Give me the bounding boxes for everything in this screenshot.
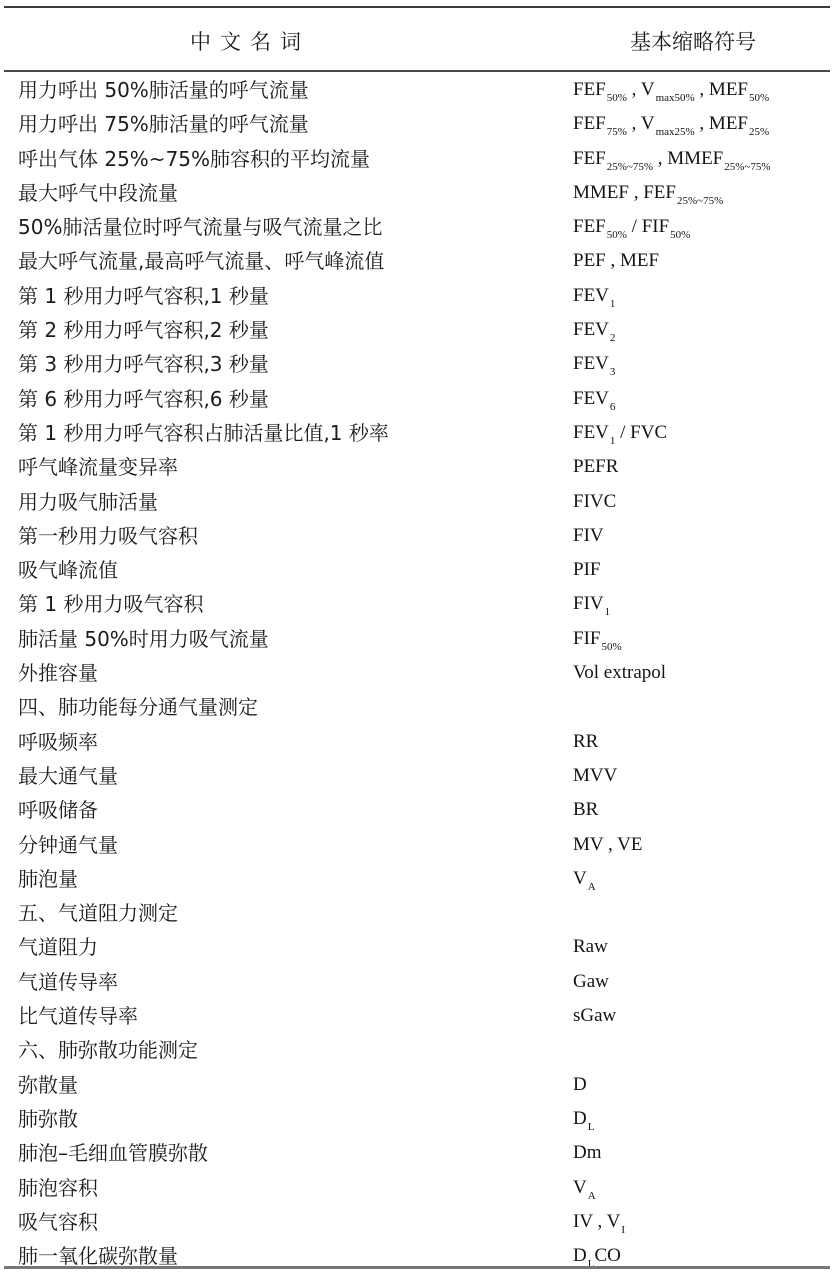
abbreviation-text: , MEF xyxy=(695,79,748,100)
table-row: 第 1 秒用力呼气容积,1 秒量FEV1 xyxy=(0,279,834,313)
abbreviation-text: D xyxy=(573,1108,587,1129)
abbreviation: IV , VI xyxy=(573,1209,625,1237)
abbreviation-text: V xyxy=(573,868,587,889)
chinese-term: 吸气容积 xyxy=(18,1209,98,1235)
abbreviation-subscript: L xyxy=(588,1121,595,1133)
chinese-term: 用力呼出 50%肺活量的呼气流量 xyxy=(18,77,309,103)
abbreviation: FEV3 xyxy=(573,351,615,379)
abbreviation: Gaw xyxy=(573,969,609,995)
abbreviation-text: PEFR xyxy=(573,456,618,477)
chinese-term: 肺泡量 xyxy=(18,866,78,892)
abbreviation-text: FEV xyxy=(573,319,609,340)
chinese-term: 第 1 秒用力吸气容积 xyxy=(18,591,203,617)
chinese-term: 第 1 秒用力呼气容积,1 秒量 xyxy=(18,283,269,309)
table-row: 分钟通气量MV , VE xyxy=(0,828,834,862)
chinese-term: 用力呼出 75%肺活量的呼气流量 xyxy=(18,111,309,137)
abbreviation-subscript: 1 xyxy=(610,298,616,310)
table-row: 肺弥散DL xyxy=(0,1102,834,1136)
abbreviation-text: V xyxy=(573,1177,587,1198)
chinese-term: 呼气峰流量变异率 xyxy=(18,454,178,480)
chinese-term: 最大呼气中段流量 xyxy=(18,180,178,206)
table-row: 肺泡量VA xyxy=(0,862,834,896)
table-header: 中文名词 基本缩略符号 xyxy=(0,8,834,70)
abbreviation-subscript: 75% xyxy=(607,126,627,138)
abbreviation: MMEF , FEF25%~75% xyxy=(573,180,723,208)
section-heading: 四、肺功能每分通气量测定 xyxy=(18,694,258,720)
abbreviation: BR xyxy=(573,797,598,823)
abbreviation-subscript: 50% xyxy=(607,229,627,241)
abbreviation: DL xyxy=(573,1106,594,1134)
table-row: 气道传导率Gaw xyxy=(0,965,834,999)
abbreviation: PEFR xyxy=(573,454,618,480)
table-row: 第 1 秒用力吸气容积FIV1 xyxy=(0,587,834,621)
table-row: 50%肺活量位时呼气流量与吸气流量之比FEF50% / FIF50% xyxy=(0,210,834,244)
section-heading-row: 六、肺弥散功能测定 xyxy=(0,1033,834,1067)
abbreviation: FIV xyxy=(573,523,604,549)
table-row: 肺泡容积VA xyxy=(0,1171,834,1205)
abbreviation-subscript: 2 xyxy=(610,332,616,344)
abbreviation-text: FEV xyxy=(573,422,609,443)
abbreviation-text: FIV xyxy=(573,593,604,614)
abbreviation-text: MV , VE xyxy=(573,834,643,855)
chinese-term: 第 3 秒用力呼气容积,3 秒量 xyxy=(18,351,269,377)
abbreviation-subscript: 50% xyxy=(749,92,769,104)
table-row: 吸气容积IV , VI xyxy=(0,1205,834,1239)
table-row: 用力吸气肺活量FIVC xyxy=(0,485,834,519)
abbreviation: FEV1 xyxy=(573,283,615,311)
abbreviation-text: FEV xyxy=(573,353,609,374)
abbreviation: FIF50% xyxy=(573,626,622,654)
table-row: 肺活量 50%时用力吸气流量FIF50% xyxy=(0,622,834,656)
abbreviation: PEF , MEF xyxy=(573,248,659,274)
chinese-term: 气道传导率 xyxy=(18,969,118,995)
abbreviation-text: Vol extrapol xyxy=(573,662,666,683)
abbreviation-text: , V xyxy=(627,79,655,100)
header-abbreviation: 基本缩略符号 xyxy=(630,26,756,56)
table-row: 弥散量D xyxy=(0,1068,834,1102)
abbreviation: FEV2 xyxy=(573,317,615,345)
abbreviation-text: PIF xyxy=(573,559,600,580)
table-row: 第 2 秒用力呼气容积,2 秒量FEV2 xyxy=(0,313,834,347)
abbreviation: MVV xyxy=(573,763,617,789)
table-row: 呼吸储备BR xyxy=(0,793,834,827)
abbreviation-text: FEF xyxy=(573,148,606,169)
abbreviation: Dm xyxy=(573,1140,602,1166)
abbreviation-subscript: A xyxy=(588,881,596,893)
abbreviation: PIF xyxy=(573,557,600,583)
chinese-term: 第 2 秒用力呼气容积,2 秒量 xyxy=(18,317,269,343)
abbreviation: VA xyxy=(573,866,596,894)
abbreviation: sGaw xyxy=(573,1003,616,1029)
abbreviation: RR xyxy=(573,729,598,755)
abbreviation-text: , V xyxy=(627,113,655,134)
table-row: 最大通气量MVV xyxy=(0,759,834,793)
chinese-term: 弥散量 xyxy=(18,1072,78,1098)
chinese-term: 吸气峰流值 xyxy=(18,557,118,583)
abbreviation-text: Raw xyxy=(573,936,608,957)
table-row: 第一秒用力吸气容积FIV xyxy=(0,519,834,553)
chinese-term: 第 1 秒用力呼气容积占肺活量比值,1 秒率 xyxy=(18,420,389,446)
chinese-term: 50%肺活量位时呼气流量与吸气流量之比 xyxy=(18,214,382,240)
chinese-term: 最大呼气流量,最高呼气流量、呼气峰流值 xyxy=(18,248,384,274)
abbreviation-subscript: 6 xyxy=(610,401,616,413)
chinese-term: 分钟通气量 xyxy=(18,832,118,858)
table-row: 第 1 秒用力呼气容积占肺活量比值,1 秒率FEV1 / FVC xyxy=(0,416,834,450)
section-heading: 五、气道阻力测定 xyxy=(18,900,178,926)
abbreviation-subscript: 50% xyxy=(601,641,621,653)
abbreviation-subscript: 1 xyxy=(605,606,611,618)
abbreviation-text: FEF xyxy=(573,216,606,237)
abbreviation-text: Gaw xyxy=(573,971,609,992)
abbreviation-text: , MMEF xyxy=(653,148,723,169)
abbreviation: FEF75% , Vmax25% , MEF25% xyxy=(573,111,769,139)
abbreviation-text: BR xyxy=(573,799,598,820)
section-heading: 六、肺弥散功能测定 xyxy=(18,1037,198,1063)
abbreviation-subscript: max25% xyxy=(656,126,695,138)
abbreviation: FEF50% , Vmax50% , MEF50% xyxy=(573,77,769,105)
abbreviation: FEF50% / FIF50% xyxy=(573,214,690,242)
table-row: 呼出气体 25%~75%肺容积的平均流量FEF25%~75% , MMEF25%… xyxy=(0,142,834,176)
abbreviation-subscript: 50% xyxy=(670,229,690,241)
abbreviation: Raw xyxy=(573,934,608,960)
abbreviation-text: FIF xyxy=(573,628,600,649)
abbreviation-text: Dm xyxy=(573,1142,602,1163)
abbreviation-text: MVV xyxy=(573,765,617,786)
abbreviation-subscript: 50% xyxy=(607,92,627,104)
header-chinese-term: 中文名词 xyxy=(0,26,490,56)
chinese-term: 肺活量 50%时用力吸气流量 xyxy=(18,626,269,652)
abbreviation-subscript: A xyxy=(588,1190,596,1202)
abbreviation: D xyxy=(573,1072,587,1098)
abbreviation-text: MMEF , FEF xyxy=(573,182,676,203)
abbreviation: FIVC xyxy=(573,489,616,515)
abbreviation-subscript: 25%~75% xyxy=(724,161,770,173)
chinese-term: 呼出气体 25%~75%肺容积的平均流量 xyxy=(18,146,370,172)
abbreviation-text: FEV xyxy=(573,388,609,409)
abbreviation-text: , MEF xyxy=(695,113,748,134)
table-row: 第 6 秒用力呼气容积,6 秒量FEV6 xyxy=(0,382,834,416)
abbreviation-subscript: I xyxy=(621,1224,625,1236)
table-row: 肺泡–毛细血管膜弥散Dm xyxy=(0,1136,834,1170)
table-row: 比气道传导率sGaw xyxy=(0,999,834,1033)
abbreviation-subscript: 3 xyxy=(610,366,616,378)
table-header-rule xyxy=(4,70,830,72)
table-row: 第 3 秒用力呼气容积,3 秒量FEV3 xyxy=(0,347,834,381)
table-row: 外推容量Vol extrapol xyxy=(0,656,834,690)
abbreviation-subscript: 25%~75% xyxy=(607,161,653,173)
abbreviation-text: D xyxy=(573,1074,587,1095)
table-body: 用力呼出 50%肺活量的呼气流量FEF50% , Vmax50% , MEF50… xyxy=(0,73,834,1273)
abbreviation-text: FIVC xyxy=(573,491,616,512)
table-bottom-rule xyxy=(4,1266,830,1269)
chinese-term: 肺泡容积 xyxy=(18,1175,98,1201)
chinese-term: 第一秒用力吸气容积 xyxy=(18,523,198,549)
chinese-term: 呼吸储备 xyxy=(18,797,98,823)
section-heading-row: 四、肺功能每分通气量测定 xyxy=(0,690,834,724)
table-row: 最大呼气流量,最高呼气流量、呼气峰流值PEF , MEF xyxy=(0,244,834,278)
abbreviation-text: RR xyxy=(573,731,598,752)
table-row: 最大呼气中段流量MMEF , FEF25%~75% xyxy=(0,176,834,210)
abbreviation-text: PEF , MEF xyxy=(573,250,659,271)
table-row: 呼吸频率RR xyxy=(0,725,834,759)
abbreviation: FEV6 xyxy=(573,386,615,414)
abbreviation: FIV1 xyxy=(573,591,610,619)
abbreviation: VA xyxy=(573,1175,596,1203)
abbreviation-text: FEF xyxy=(573,113,606,134)
abbreviation-text: FEV xyxy=(573,285,609,306)
abbreviation-subscript: max50% xyxy=(656,92,695,104)
section-heading-row: 五、气道阻力测定 xyxy=(0,896,834,930)
abbreviation-subscript: 1 xyxy=(610,435,616,447)
abbreviation-subscript: 25%~75% xyxy=(677,195,723,207)
chinese-term: 气道阻力 xyxy=(18,934,98,960)
table-row: 用力呼出 75%肺活量的呼气流量FEF75% , Vmax25% , MEF25… xyxy=(0,107,834,141)
table-row: 呼气峰流量变异率PEFR xyxy=(0,450,834,484)
abbreviation-text: IV , V xyxy=(573,1211,620,1232)
chinese-term: 用力吸气肺活量 xyxy=(18,489,158,515)
abbreviation-text: D xyxy=(573,1245,587,1266)
abbreviation: FEV1 / FVC xyxy=(573,420,667,448)
abbreviation-text: / FVC xyxy=(615,422,667,443)
abbreviation-subscript: 25% xyxy=(749,126,769,138)
abbreviation-text: FIV xyxy=(573,525,604,546)
table-row: 用力呼出 50%肺活量的呼气流量FEF50% , Vmax50% , MEF50… xyxy=(0,73,834,107)
abbreviation: Vol extrapol xyxy=(573,660,666,686)
table-row: 气道阻力Raw xyxy=(0,930,834,964)
abbreviation: MV , VE xyxy=(573,832,643,858)
abbreviation-text: FEF xyxy=(573,79,606,100)
abbreviation: FEF25%~75% , MMEF25%~75% xyxy=(573,146,771,174)
abbreviation-text: / FIF xyxy=(627,216,669,237)
abbreviation-text: CO xyxy=(594,1245,620,1266)
chinese-term: 外推容量 xyxy=(18,660,98,686)
chinese-term: 肺泡–毛细血管膜弥散 xyxy=(18,1140,208,1166)
chinese-term: 第 6 秒用力呼气容积,6 秒量 xyxy=(18,386,269,412)
chinese-term: 比气道传导率 xyxy=(18,1003,138,1029)
chinese-term: 肺弥散 xyxy=(18,1106,78,1132)
chinese-term: 呼吸频率 xyxy=(18,729,98,755)
table-row: 吸气峰流值PIF xyxy=(0,553,834,587)
abbreviation-text: sGaw xyxy=(573,1005,616,1026)
chinese-term: 最大通气量 xyxy=(18,763,118,789)
